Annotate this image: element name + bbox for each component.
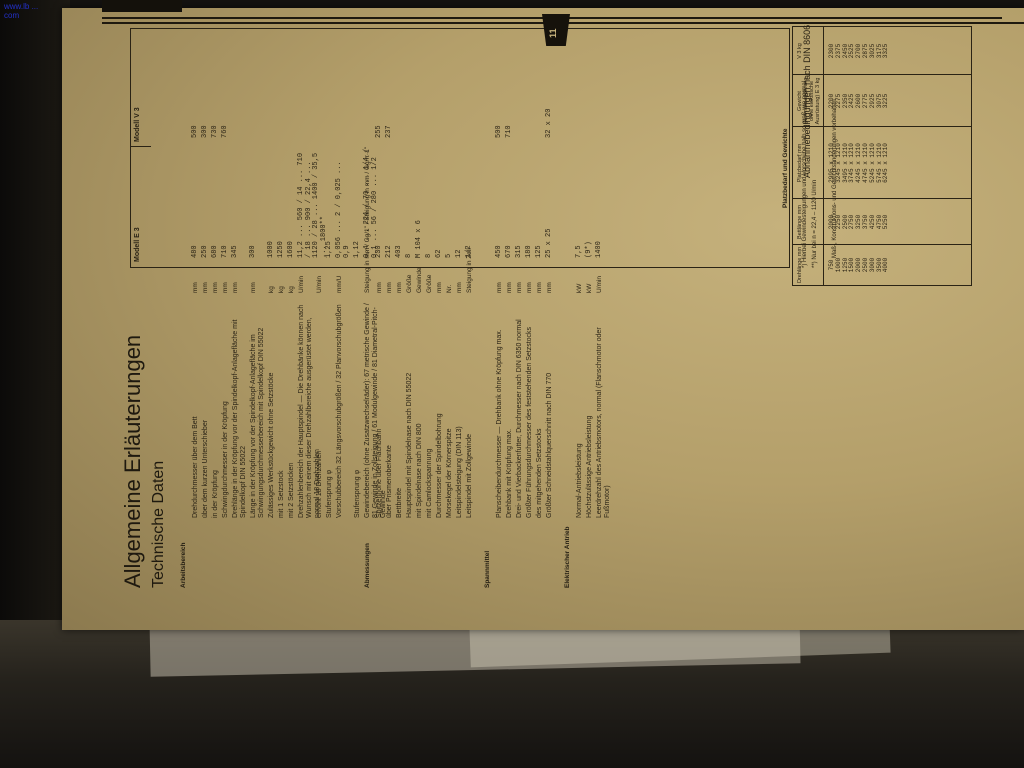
spec-unit: mm — [506, 282, 513, 293]
spec-label: Leerdrehzahl des Antriebsmotors, normal … — [596, 298, 612, 518]
spec-label: Drehbank mit Kröpfung max. — [506, 429, 514, 518]
column-header-v3: Modell V 3 — [134, 107, 141, 142]
spec-label: Planscheibendurchmesser — Drehbank ohne … — [496, 329, 504, 518]
spec-unit: Größe — [406, 275, 413, 293]
spec-value-e3: 710 — [222, 245, 230, 258]
spec-value-e3: 180 — [526, 245, 534, 258]
spec-label: Leitspindel mit Zollgewinde — [466, 434, 474, 518]
spec-label: mit 1 Setzstock — [278, 471, 286, 518]
spec-label: mit Spindelnase nach DIN 800 — [416, 423, 424, 518]
spec-value-e3: 670 — [506, 245, 514, 258]
spec-unit: kW — [586, 284, 593, 293]
spec-value-e3: (9*) — [586, 241, 594, 258]
spec-value-e3: 0,4 ... 224 / 70 ... 1/4 / 0,1 ... 56 / … — [364, 148, 379, 258]
spec-unit: mm — [202, 282, 209, 293]
table-column-values: 200022502500275032503750425047505250 — [829, 199, 890, 245]
spec-value-e3: 345 — [232, 245, 240, 258]
spec-value-e3: 315 — [516, 245, 524, 258]
spec-value-v3: 32 x 20 — [546, 109, 554, 138]
spec-label: des mitgehenden Setzstocks — [536, 429, 544, 519]
spec-label: in der Kröpfung — [212, 470, 220, 518]
spec-unit: kg — [288, 286, 295, 293]
spec-unit: kg — [268, 286, 275, 293]
spec-value-e3: 5 — [446, 254, 454, 258]
spec-value-e3: 300 — [250, 245, 258, 258]
section-platzbedarf: Platzbedarf und Gewichte — [782, 129, 789, 208]
spec-unit: mm — [546, 282, 553, 293]
spec-label: Stufensprung φ — [326, 470, 334, 518]
spec-value-e3: M 104 x 6 — [416, 220, 424, 258]
platzbedarf-table: Drehlänge mmBettlänge mmPlatzbedarf mmGe… — [792, 26, 972, 286]
spec-unit: mm/U — [336, 276, 343, 293]
table-cell: 3225 — [883, 75, 890, 127]
spec-value-v3: 255 — [376, 125, 384, 138]
spec-unit: mm — [496, 282, 503, 293]
column-header-e3: Modell E 3 — [134, 227, 141, 262]
section-spannmittel: Spannmittel — [484, 551, 491, 588]
spec-unit: Nr. — [446, 285, 453, 293]
spec-value-e3: 680 — [212, 245, 220, 258]
spec-unit: mm — [232, 282, 239, 293]
spec-unit: mm — [536, 282, 543, 293]
document-page: Allgemeine Erläuterungen Technische Date… — [62, 8, 1024, 630]
spec-label: Zulässiges Werkstückgewicht ohne Setzstö… — [268, 373, 276, 518]
spec-label: Hauptspindel mit Spindelnase nach DIN 55… — [406, 373, 414, 518]
spec-label: Durchmesser der Spindelbohrung — [436, 413, 444, 518]
spec-value-e3: 8 — [426, 254, 434, 258]
spec-label: mit 2 Setzstöcken — [288, 463, 296, 518]
spec-value-e3: 403 — [396, 245, 404, 258]
spec-label: Drei- und Vierbackenfutter, Durchmesser … — [516, 319, 524, 518]
spec-value-e3: 480 — [192, 245, 200, 258]
spec-value-e3: 0,056 ... 2 / 0,025 ... 0,9 — [336, 148, 351, 258]
spec-unit: Größe — [426, 275, 433, 293]
spec-value-e3: 1250 — [278, 241, 286, 258]
spec-value-v3: 730 — [212, 125, 220, 138]
spec-unit: U/min — [298, 276, 305, 293]
spec-label: Spitzenhöhe über Flachbahn — [376, 428, 384, 518]
spec-value-v3: 710 — [506, 125, 514, 138]
spec-unit: mm — [250, 282, 257, 293]
table-cell: 5250 — [883, 199, 890, 245]
spec-label: Größter Schneidstahlquerschnitt nach DIN… — [546, 373, 554, 518]
spec-value-v3: 237 — [386, 125, 394, 138]
page-subtitle: Technische Daten — [150, 461, 168, 588]
spec-unit: kg — [278, 286, 285, 293]
spec-value-e3: 8 — [406, 254, 414, 258]
acceptance-note: Abnahmebedingungen nach DIN 8606 — [802, 25, 812, 178]
spec-value-e3: 450 — [496, 245, 504, 258]
spec-label: Stufensprung φ — [354, 470, 362, 518]
spec-value-e3: 62 — [436, 250, 444, 258]
spec-unit: mm — [456, 282, 463, 293]
spec-value-v3: 760 — [222, 125, 230, 138]
table-column-values: 230023752450252527002875302531753325 — [829, 27, 890, 75]
spec-value-e3: 125 — [536, 245, 544, 258]
spec-value-e3: 1,25 — [326, 241, 334, 258]
spec-value-e3: 7,5 — [576, 245, 584, 258]
section-arbeitsbereich: Arbeitsbereich — [180, 542, 187, 588]
spec-unit: mm — [222, 282, 229, 293]
spec-value-e3: 1000 — [268, 241, 276, 258]
spec-label: über dem kurzen Unterschieber — [202, 420, 210, 518]
spec-value-e3: 1,12 — [354, 241, 362, 258]
table-cell: 4000 — [883, 245, 890, 285]
spec-value-e3: 25 x 25 — [546, 229, 554, 258]
spec-value-v3: 500 — [496, 125, 504, 138]
spec-label: über Prismenoberkante — [386, 445, 394, 518]
spec-unit: U/min — [596, 276, 603, 293]
spec-label: Normal-Antriebsleistung — [576, 443, 584, 518]
spec-unit: mm — [212, 282, 219, 293]
values-frame — [130, 28, 790, 268]
spec-unit: mm — [436, 282, 443, 293]
spec-label: mit Camlockspannung — [426, 449, 434, 518]
watermark-line-1: www.lb ... — [4, 2, 38, 11]
spec-value-e3: 1600 — [288, 241, 296, 258]
spec-unit: mm — [386, 282, 393, 293]
spec-unit: Gewinde — [416, 267, 423, 293]
page-number: 11 — [548, 28, 558, 38]
chapter-marker: 1 — [102, 0, 182, 12]
spec-label: Vorschubbereich 32 Längsvorschubgrößen /… — [336, 304, 344, 518]
table-column-values: 75010001250150020002500300035004000 — [829, 245, 890, 285]
spec-unit: mm — [396, 282, 403, 293]
table-cell: 6245 x 1210 — [883, 127, 890, 199]
watermark: www.lb ... com — [4, 2, 38, 20]
spec-unit: mm — [526, 282, 533, 293]
spec-value-e3: 250 — [202, 245, 210, 258]
spec-value-e3: 11,2 ... 560 / 14 ... 710 / 18 ... 900 /… — [298, 148, 328, 258]
spec-unit: mm — [516, 282, 523, 293]
spec-label: Bettbreite — [396, 488, 404, 518]
spec-value-v3: 300 — [202, 125, 210, 138]
spec-unit: kW — [576, 284, 583, 293]
spec-unit: mm — [376, 282, 383, 293]
spec-label: Höchstzulässige Antriebsleistung — [586, 416, 594, 518]
spec-value-e3: 1400 — [596, 241, 604, 258]
spec-value-v3: 500 — [192, 125, 200, 138]
spec-value-e3: 212 — [386, 245, 394, 258]
spec-label: Länge in der Kröpfung vor der Spindelkop… — [250, 298, 266, 518]
section-abmessungen: Abmessungen — [364, 543, 371, 588]
spec-label: erhöht 18 Drehzahlen — [316, 451, 324, 518]
footnote-2: **) Nur bei n = 22,4 – 1120 U/min — [812, 180, 818, 268]
spec-value-e3: 12 — [456, 250, 464, 258]
spec-unit: mm — [192, 282, 199, 293]
section-antrieb: Elektrischer Antrieb — [564, 526, 571, 588]
spec-label: Schwingdurchmesser in der Kröpfung — [222, 401, 230, 518]
watermark-line-2: com — [4, 11, 38, 20]
spec-label: Drehlänge in der Kröpfung vor der Spinde… — [232, 298, 248, 518]
rotated-content: Allgemeine Erläuterungen Technische Date… — [102, 8, 1024, 608]
page-title: Allgemeine Erläuterungen — [120, 335, 146, 588]
disclaimer: Maß-, Konstruktions- und Gewichtsänderun… — [832, 99, 838, 258]
table-column-values: 2995 x 12103245 x 12103495 x 12103745 x … — [829, 127, 890, 199]
spec-label: Drehdurchmesser über dem Bett — [192, 416, 200, 518]
spec-label: Leitspindelsteigung (DIN 113) — [456, 426, 464, 518]
table-column-values: 220022752350242526002775292530753225 — [829, 75, 890, 127]
spec-unit: U/min — [316, 276, 323, 293]
spec-value-e3: 1/2 — [466, 245, 474, 258]
table-cell: 3325 — [883, 27, 890, 75]
spec-label: Morsekegel der Körnerspitze — [446, 429, 454, 519]
spec-value-e3: 230 — [376, 245, 384, 258]
spec-label: Größter Führungsdurchmesser des feststeh… — [526, 327, 534, 518]
